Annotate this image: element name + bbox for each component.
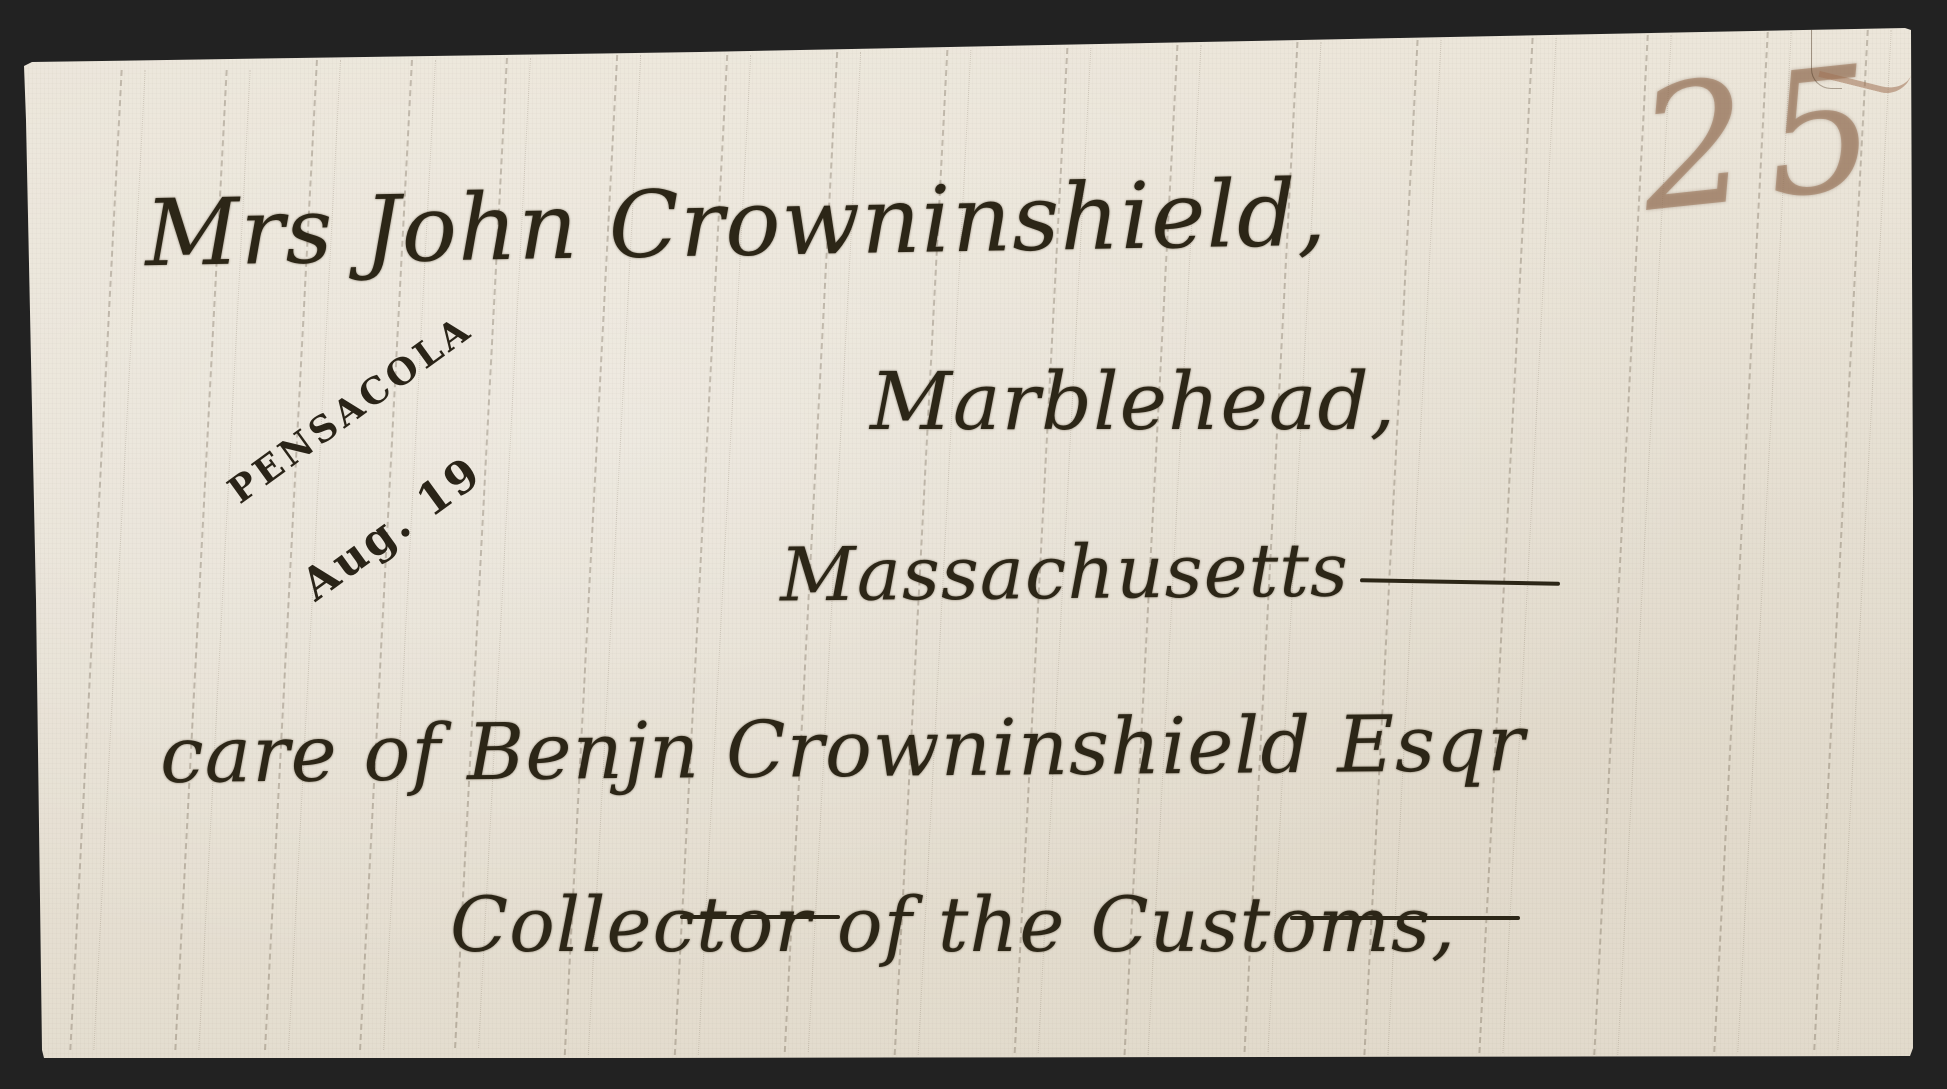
address-state: Massachusetts bbox=[780, 528, 1350, 619]
address-care-of: care of Benjn Crowninshield Esqr bbox=[160, 699, 1526, 801]
title-underline-flourish bbox=[1290, 916, 1520, 920]
address-title: Collector of the Customs, bbox=[450, 880, 1456, 969]
title-underline-flourish bbox=[680, 915, 840, 919]
address-town: Marblehead, bbox=[870, 355, 1396, 448]
scan-background: 25 PENSACOLA Aug. 19 Mrs John Crowninshi… bbox=[0, 0, 1947, 1089]
letter-cover: 25 PENSACOLA Aug. 19 Mrs John Crowninshi… bbox=[0, 0, 1947, 1089]
paper-tear bbox=[1811, 28, 1842, 89]
address-recipient: Mrs John Crowninshield, bbox=[144, 160, 1328, 288]
